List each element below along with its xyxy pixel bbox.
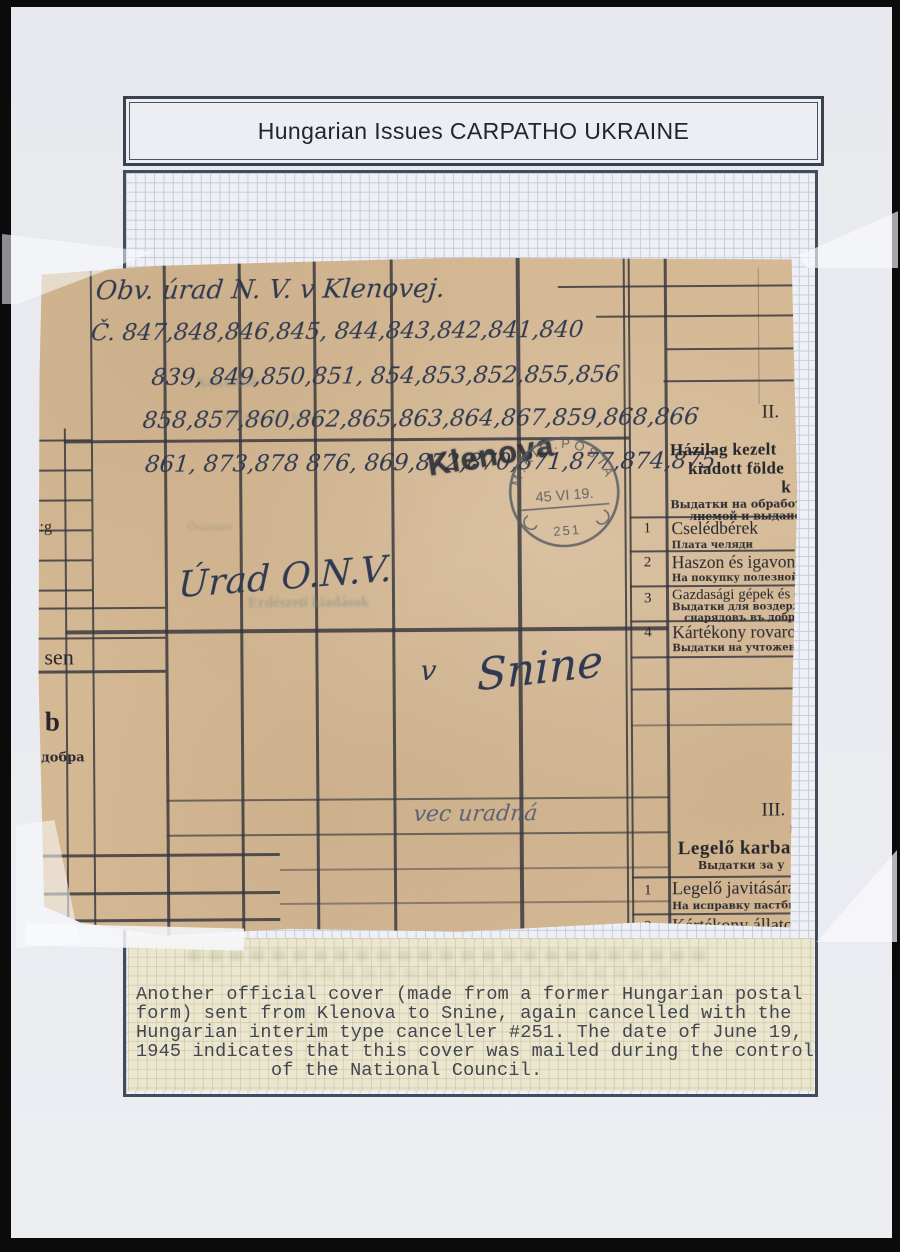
form-rule <box>38 607 165 610</box>
form-rule <box>38 559 92 561</box>
caption-line: 1945 indicates that this cover was maile… <box>128 1042 814 1061</box>
form-rule <box>664 254 672 936</box>
caption-showthrough-smudge <box>188 950 708 961</box>
handwritten-office-line: Obv. úrad N. V. v Klenovej. <box>94 274 446 306</box>
form-rule <box>90 258 97 940</box>
showthrough-text: Összesen <box>187 519 232 534</box>
form-row-number: 3 <box>644 590 652 607</box>
form-rule <box>37 499 91 501</box>
form-row-number: 2 <box>644 554 652 571</box>
form-rule <box>631 687 796 690</box>
svg-text:M.KIR.POSTA: M.KIR.POSTA <box>505 432 618 489</box>
form-row-number: 1 <box>643 520 651 537</box>
form-rule <box>758 268 760 404</box>
form-section3-subtitle: Выдатки за у <box>698 858 785 872</box>
form-section2-label: II. <box>762 401 780 423</box>
form-rule <box>37 469 91 471</box>
form-rule <box>64 428 69 920</box>
form-row-label-hu: Kártékony rovarok <box>672 621 805 643</box>
cds-top-text: M.KIR.POSTA <box>505 432 618 489</box>
form-row-number: 1 <box>644 882 652 899</box>
cds-date-text: 45 VI 19. <box>535 486 594 506</box>
form-rule <box>38 589 92 591</box>
handwritten-numbers-line-2: 839, 849,850,851, 854,853,852,855,856 <box>150 362 621 391</box>
caption-text-block: Another official cover (made from a form… <box>128 985 814 1080</box>
handwritten-address-line-2: v <box>419 654 438 687</box>
scanned-album-page: Hungarian Issues CARPATHO UKRAINE Anothe… <box>0 0 900 1252</box>
form-left-fragment: :g <box>39 519 52 537</box>
form-row-label-hu: Haszon és igavon <box>672 551 796 573</box>
caption-line: Hungarian interim type canceller #251. T… <box>128 1023 814 1042</box>
form-left-fragment: добра <box>41 750 85 765</box>
handwritten-address-line-3: Snine <box>477 636 604 701</box>
caption-showthrough-smudge <box>278 968 678 979</box>
page-title-box: Hungarian Issues CARPATHO UKRAINE <box>123 96 824 166</box>
form-section3-label: III. <box>761 799 785 821</box>
page-title-inner-border: Hungarian Issues CARPATHO UKRAINE <box>129 102 818 160</box>
form-row-label-ru: На покупку полезной и <box>672 572 810 584</box>
form-rule <box>663 379 793 382</box>
form-rule <box>65 626 668 634</box>
form-section2-title-line2: kiadott földe <box>688 458 784 479</box>
caption-line: of the National Council. <box>128 1061 814 1080</box>
caption-slip: Another official cover (made from a form… <box>128 938 814 1091</box>
form-left-fragment: sen <box>44 644 74 670</box>
form-rule <box>516 255 525 937</box>
form-rule <box>630 655 795 658</box>
form-section2-title-line1: Házilag kezelt <box>670 440 777 461</box>
form-section3-title: Legelő karba <box>678 837 791 860</box>
form-rule <box>163 258 171 940</box>
handwritten-numbers-line-1: Č. 847,848,846,845, 844,843,842,841,840 <box>90 317 585 346</box>
form-rule <box>596 314 793 317</box>
form-rule <box>280 866 670 870</box>
postal-cover: Kölcsönök Kölcsön utáni kamat Összesen E… <box>36 253 803 940</box>
form-rule <box>38 637 165 640</box>
form-rule <box>37 439 91 441</box>
form-rule <box>280 900 670 904</box>
form-rule <box>390 256 398 938</box>
circular-date-stamp: M.KIR.POSTA 45 VI 19. 251 <box>501 429 628 556</box>
form-left-fragment: b <box>45 707 60 738</box>
form-rule <box>666 347 793 350</box>
handwritten-docket-note: vec uradná <box>412 801 538 827</box>
form-row-label-hu: Cselédbérek <box>671 518 758 540</box>
form-row-label-ru: Плата челяди <box>672 540 753 552</box>
form-rule <box>631 723 796 726</box>
form-row-number: 4 <box>644 624 652 641</box>
caption-line: form) sent from Klenova to Snine, again … <box>128 1004 814 1023</box>
page-title: Hungarian Issues CARPATHO UKRAINE <box>258 118 690 145</box>
caption-line: Another official cover (made from a form… <box>128 985 814 1004</box>
cds-number-text: 251 <box>553 522 582 539</box>
form-section2-title-line3: k <box>781 477 791 497</box>
form-row-label-hu: Legelő javitására <box>672 877 796 899</box>
